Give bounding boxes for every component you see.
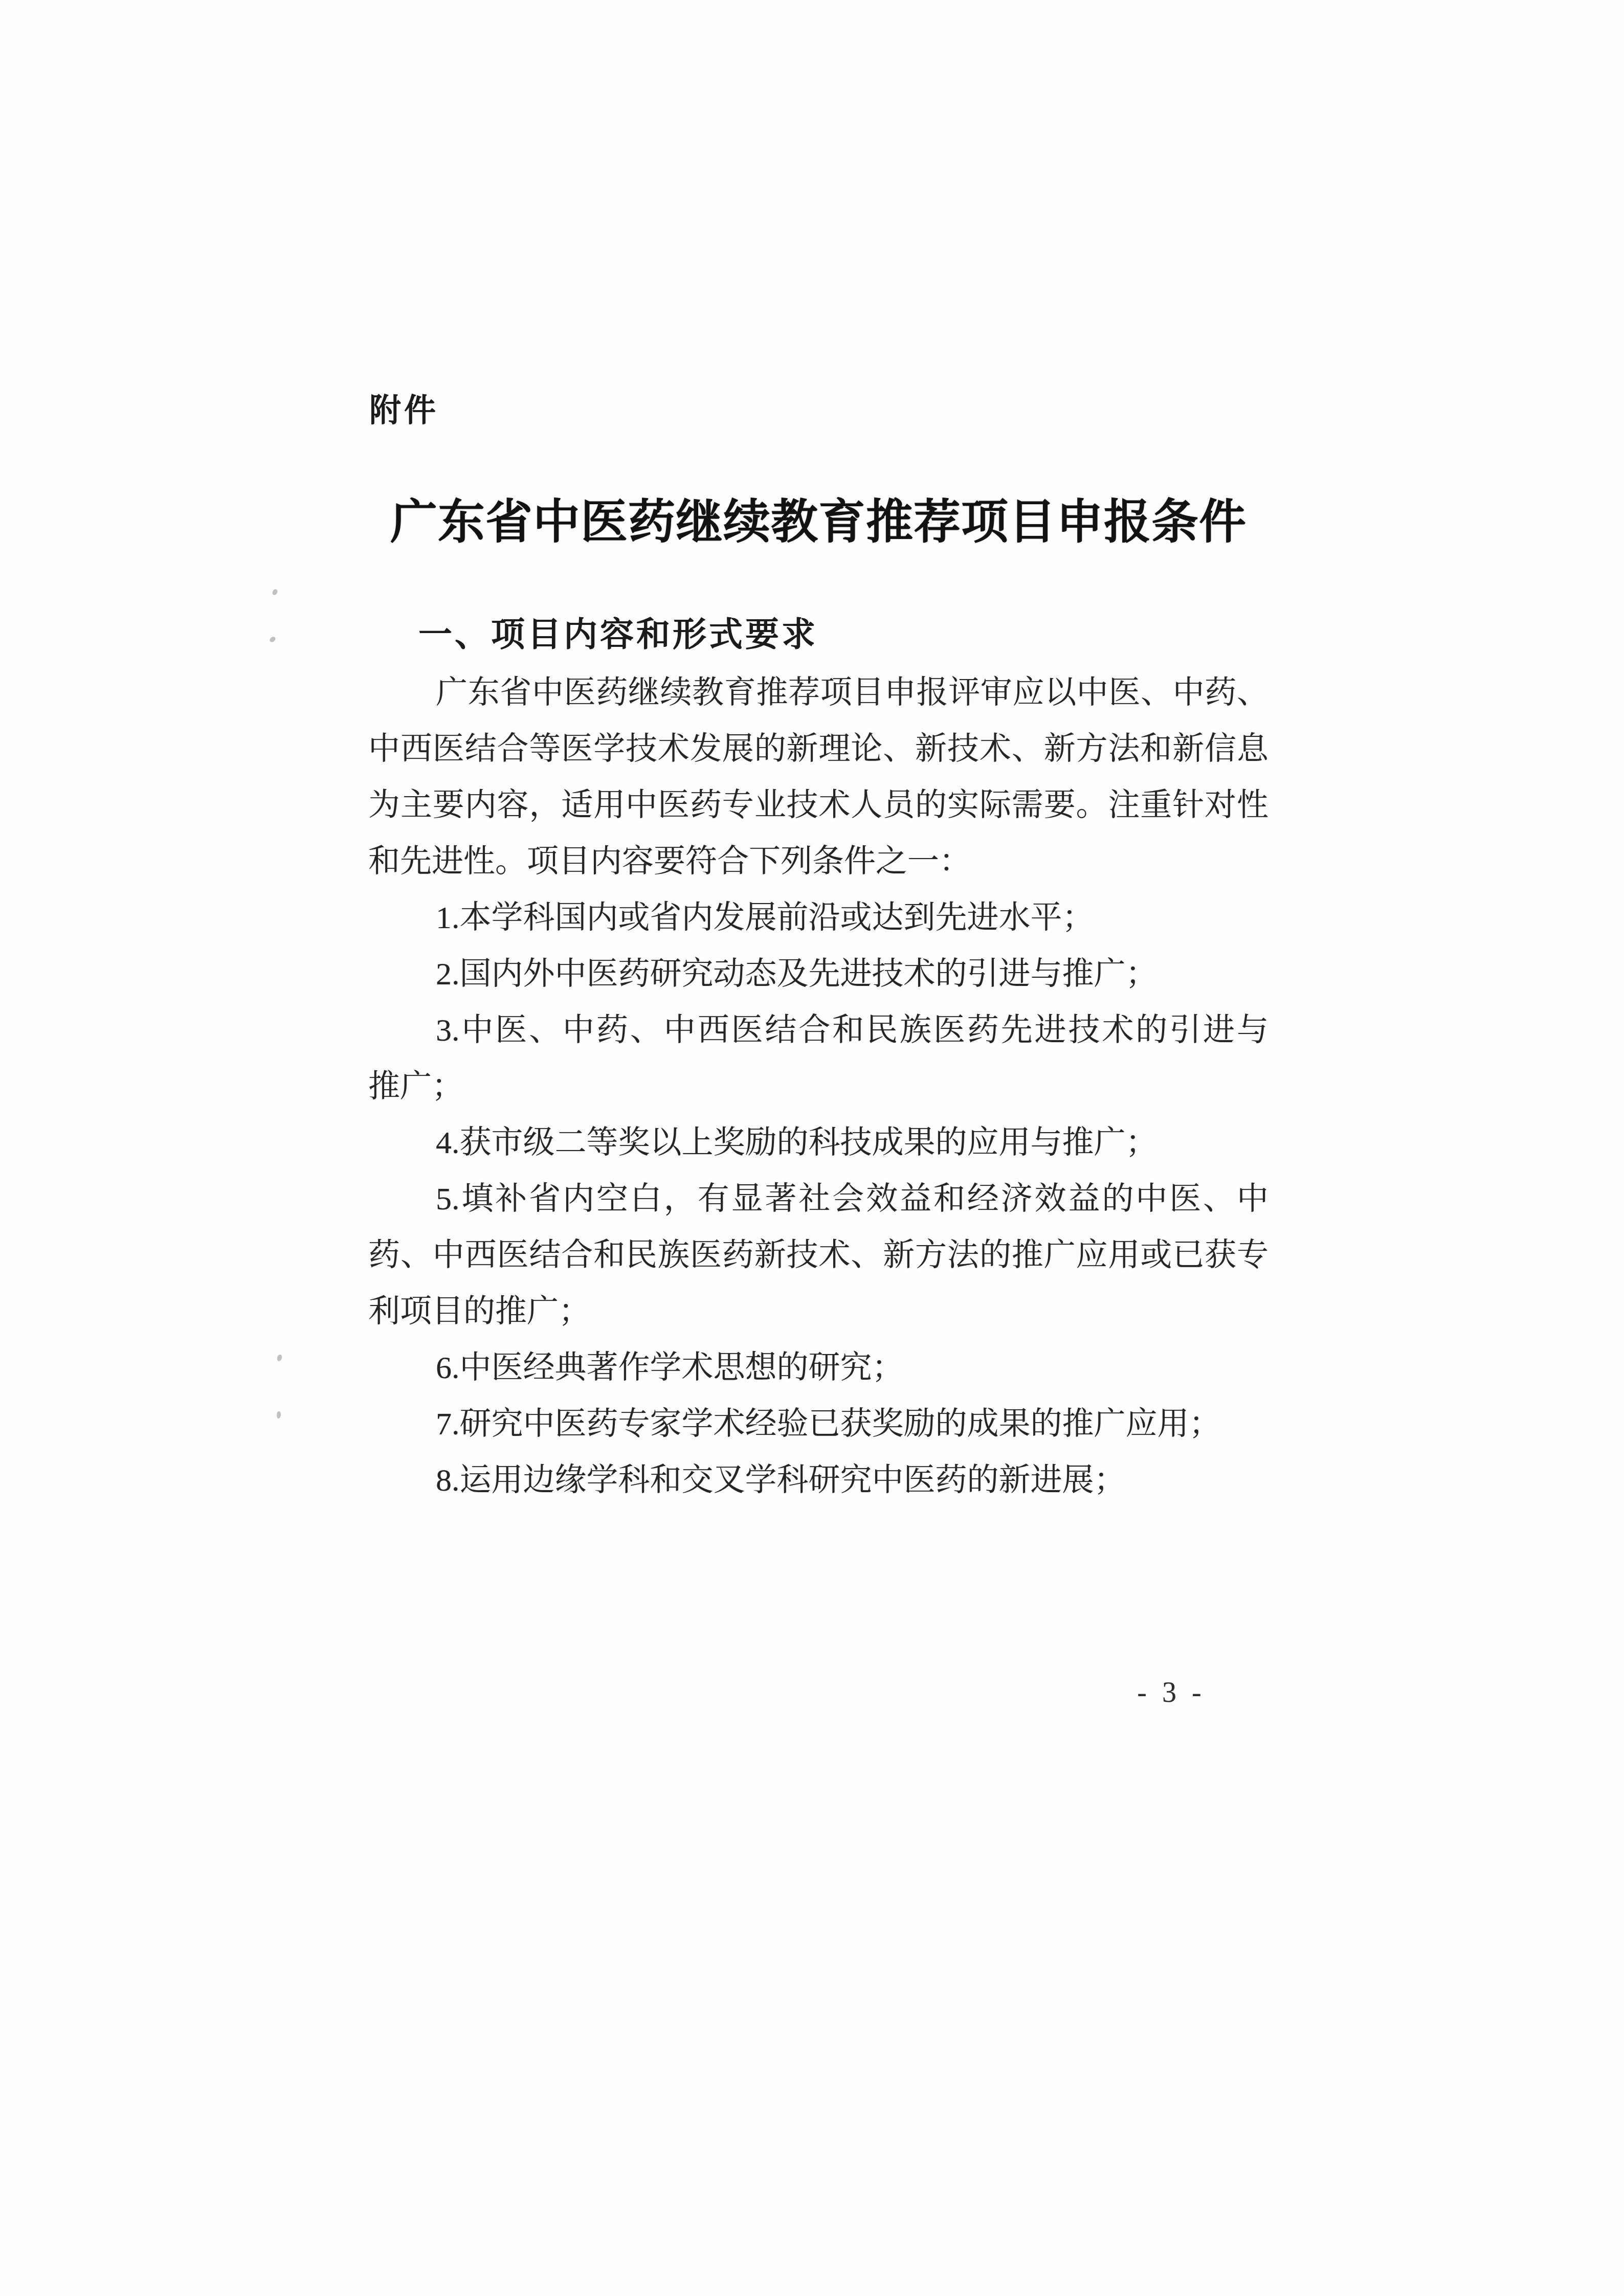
document-page: 附件 广东省中医药继续教育推荐项目申报条件 一、项目内容和形式要求 广东省中医药… bbox=[0, 0, 1624, 2296]
scan-speckle bbox=[269, 636, 277, 643]
body-line: 为主要内容，适用中医药专业技术人员的实际需要。注重针对性 bbox=[368, 777, 1269, 834]
body-line: 药、中西医结合和民族医药新技术、新方法的推广应用或已获专 bbox=[368, 1227, 1269, 1284]
body-line: 推广； bbox=[368, 1059, 1269, 1115]
body-line: 3.中医、中药、中西医结合和民族医药先进技术的引进与 bbox=[368, 1002, 1269, 1059]
body-line: 5.填补省内空白，有显著社会效益和经济效益的中医、中 bbox=[368, 1171, 1269, 1227]
body-line: 4.获市级二等奖以上奖励的科技成果的应用与推广； bbox=[368, 1115, 1269, 1171]
body-line: 和先进性。项目内容要符合下列条件之一： bbox=[368, 834, 1269, 890]
scan-speckle bbox=[277, 1354, 282, 1361]
section-heading: 一、项目内容和形式要求 bbox=[418, 614, 818, 655]
page-number: - 3 - bbox=[1095, 1676, 1248, 1709]
body-line: 8.运用边缘学科和交叉学科研究中医药的新进展； bbox=[368, 1452, 1269, 1509]
body-text-block: 广东省中医药继续教育推荐项目申报评审应以中医、中药、 中西医结合等医学技术发展的… bbox=[368, 665, 1269, 1509]
document-title: 广东省中医药继续教育推荐项目申报条件 bbox=[368, 495, 1269, 549]
body-line: 7.研究中医药专家学术经验已获奖励的成果的推广应用； bbox=[368, 1396, 1269, 1452]
body-line: 广东省中医药继续教育推荐项目申报评审应以中医、中药、 bbox=[368, 665, 1269, 721]
body-line: 2.国内外中医药研究动态及先进技术的引进与推广； bbox=[368, 946, 1269, 1002]
body-line: 利项目的推广； bbox=[368, 1284, 1269, 1340]
scan-speckle bbox=[277, 1411, 281, 1419]
attachment-label: 附件 bbox=[369, 391, 439, 431]
scan-speckle bbox=[272, 589, 278, 596]
body-line: 6.中医经典著作学术思想的研究； bbox=[368, 1340, 1269, 1396]
body-line: 1.本学科国内或省内发展前沿或达到先进水平； bbox=[368, 890, 1269, 946]
body-line: 中西医结合等医学技术发展的新理论、新技术、新方法和新信息 bbox=[368, 721, 1269, 777]
